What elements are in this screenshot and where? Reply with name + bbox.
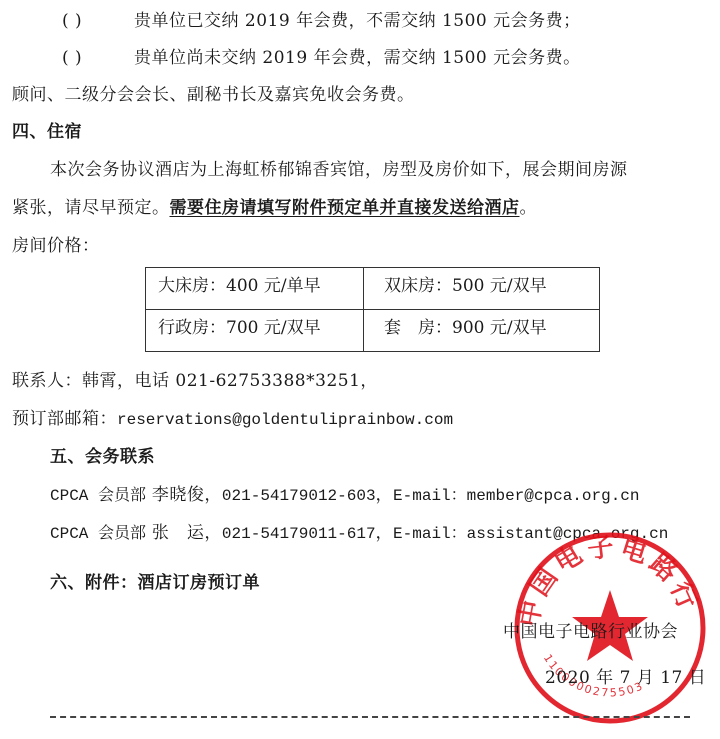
section4-heading: 四、住宿: [12, 117, 82, 142]
contact-1-name: 李晓俊: [152, 485, 205, 505]
divider: [50, 716, 690, 718]
fee-option-2-text: 贵单位尚未交纳 2019 年会费，需交纳 1500 元会务费。: [134, 48, 581, 68]
fee-option-2-checkbox[interactable]: ( ): [62, 48, 134, 68]
hotel-email-link[interactable]: reservations@goldentuliprainbow.com: [117, 411, 453, 429]
price-cell-king: 大床房：400 元/单早: [146, 268, 364, 310]
hotel-email-line: 预订部邮箱：reservations@goldentuliprainbow.co…: [12, 404, 453, 429]
signature-org: 中国电子电路行业协会: [503, 617, 678, 642]
price-cell-executive: 行政房：700 元/双早: [146, 310, 364, 352]
price-cell-twin: 双床房：500 元/双早: [364, 268, 600, 310]
table-row: 行政房：700 元/双早 套 房：900 元/双早: [146, 310, 600, 352]
fee-option-1: ( )贵单位已交纳 2019 年会费，不需交纳 1500 元会务费；: [62, 6, 581, 31]
contact-2-email-label: E-mail：: [393, 525, 467, 543]
contact-1-dept: CPCA 会员部: [50, 487, 146, 505]
fee-exempt-note: 顾问、二级分会会长、副秘书长及嘉宾免收会务费。: [12, 80, 415, 105]
section4-para-emphasis: 需要住房请填写附件预定单并直接发送给酒店: [170, 198, 520, 218]
contact-1-email-link[interactable]: member@cpca.org.cn: [467, 487, 640, 505]
fee-option-2: ( )贵单位尚未交纳 2019 年会费，需交纳 1500 元会务费。: [62, 43, 581, 68]
section5-heading: 五、会务联系: [50, 442, 155, 467]
fee-option-1-checkbox[interactable]: ( ): [62, 11, 134, 31]
section6-heading: 六、附件：酒店订房预订单: [50, 568, 260, 593]
contact-2-phone: 021-54179011-617: [222, 525, 376, 543]
section4-paragraph-line2: 紧张，请尽早预定。需要住房请填写附件预定单并直接发送给酒店。: [12, 193, 537, 218]
contact-row-1: CPCA 会员部 李晓俊，021-54179012-603，E-mail：mem…: [50, 480, 640, 505]
hotel-contact: 联系人：韩霄，电话 021-62753388*3251，: [12, 366, 378, 391]
contact-2-dept: CPCA 会员部: [50, 525, 146, 543]
price-table: 大床房：400 元/单早 双床房：500 元/双早 行政房：700 元/双早 套…: [145, 267, 600, 352]
price-cell-suite: 套 房：900 元/双早: [364, 310, 600, 352]
fee-option-1-text: 贵单位已交纳 2019 年会费，不需交纳 1500 元会务费；: [134, 11, 581, 31]
section4-para-plain: 紧张，请尽早预定。: [12, 198, 170, 218]
section4-paragraph-line1: 本次会务协议酒店为上海虹桥郁锦香宾馆，房型及房价如下，展会期间房源: [50, 155, 628, 180]
contact-2-name: 张 运: [152, 523, 205, 543]
price-label: 房间价格：: [12, 231, 100, 256]
hotel-email-label: 预订部邮箱：: [12, 409, 117, 429]
section4-para-end: 。: [520, 198, 538, 218]
signature-date: 2020 年 7 月 17 日: [545, 663, 706, 688]
table-row: 大床房：400 元/单早 双床房：500 元/双早: [146, 268, 600, 310]
contact-1-email-label: E-mail：: [393, 487, 467, 505]
contact-1-phone: 021-54179012-603: [222, 487, 376, 505]
